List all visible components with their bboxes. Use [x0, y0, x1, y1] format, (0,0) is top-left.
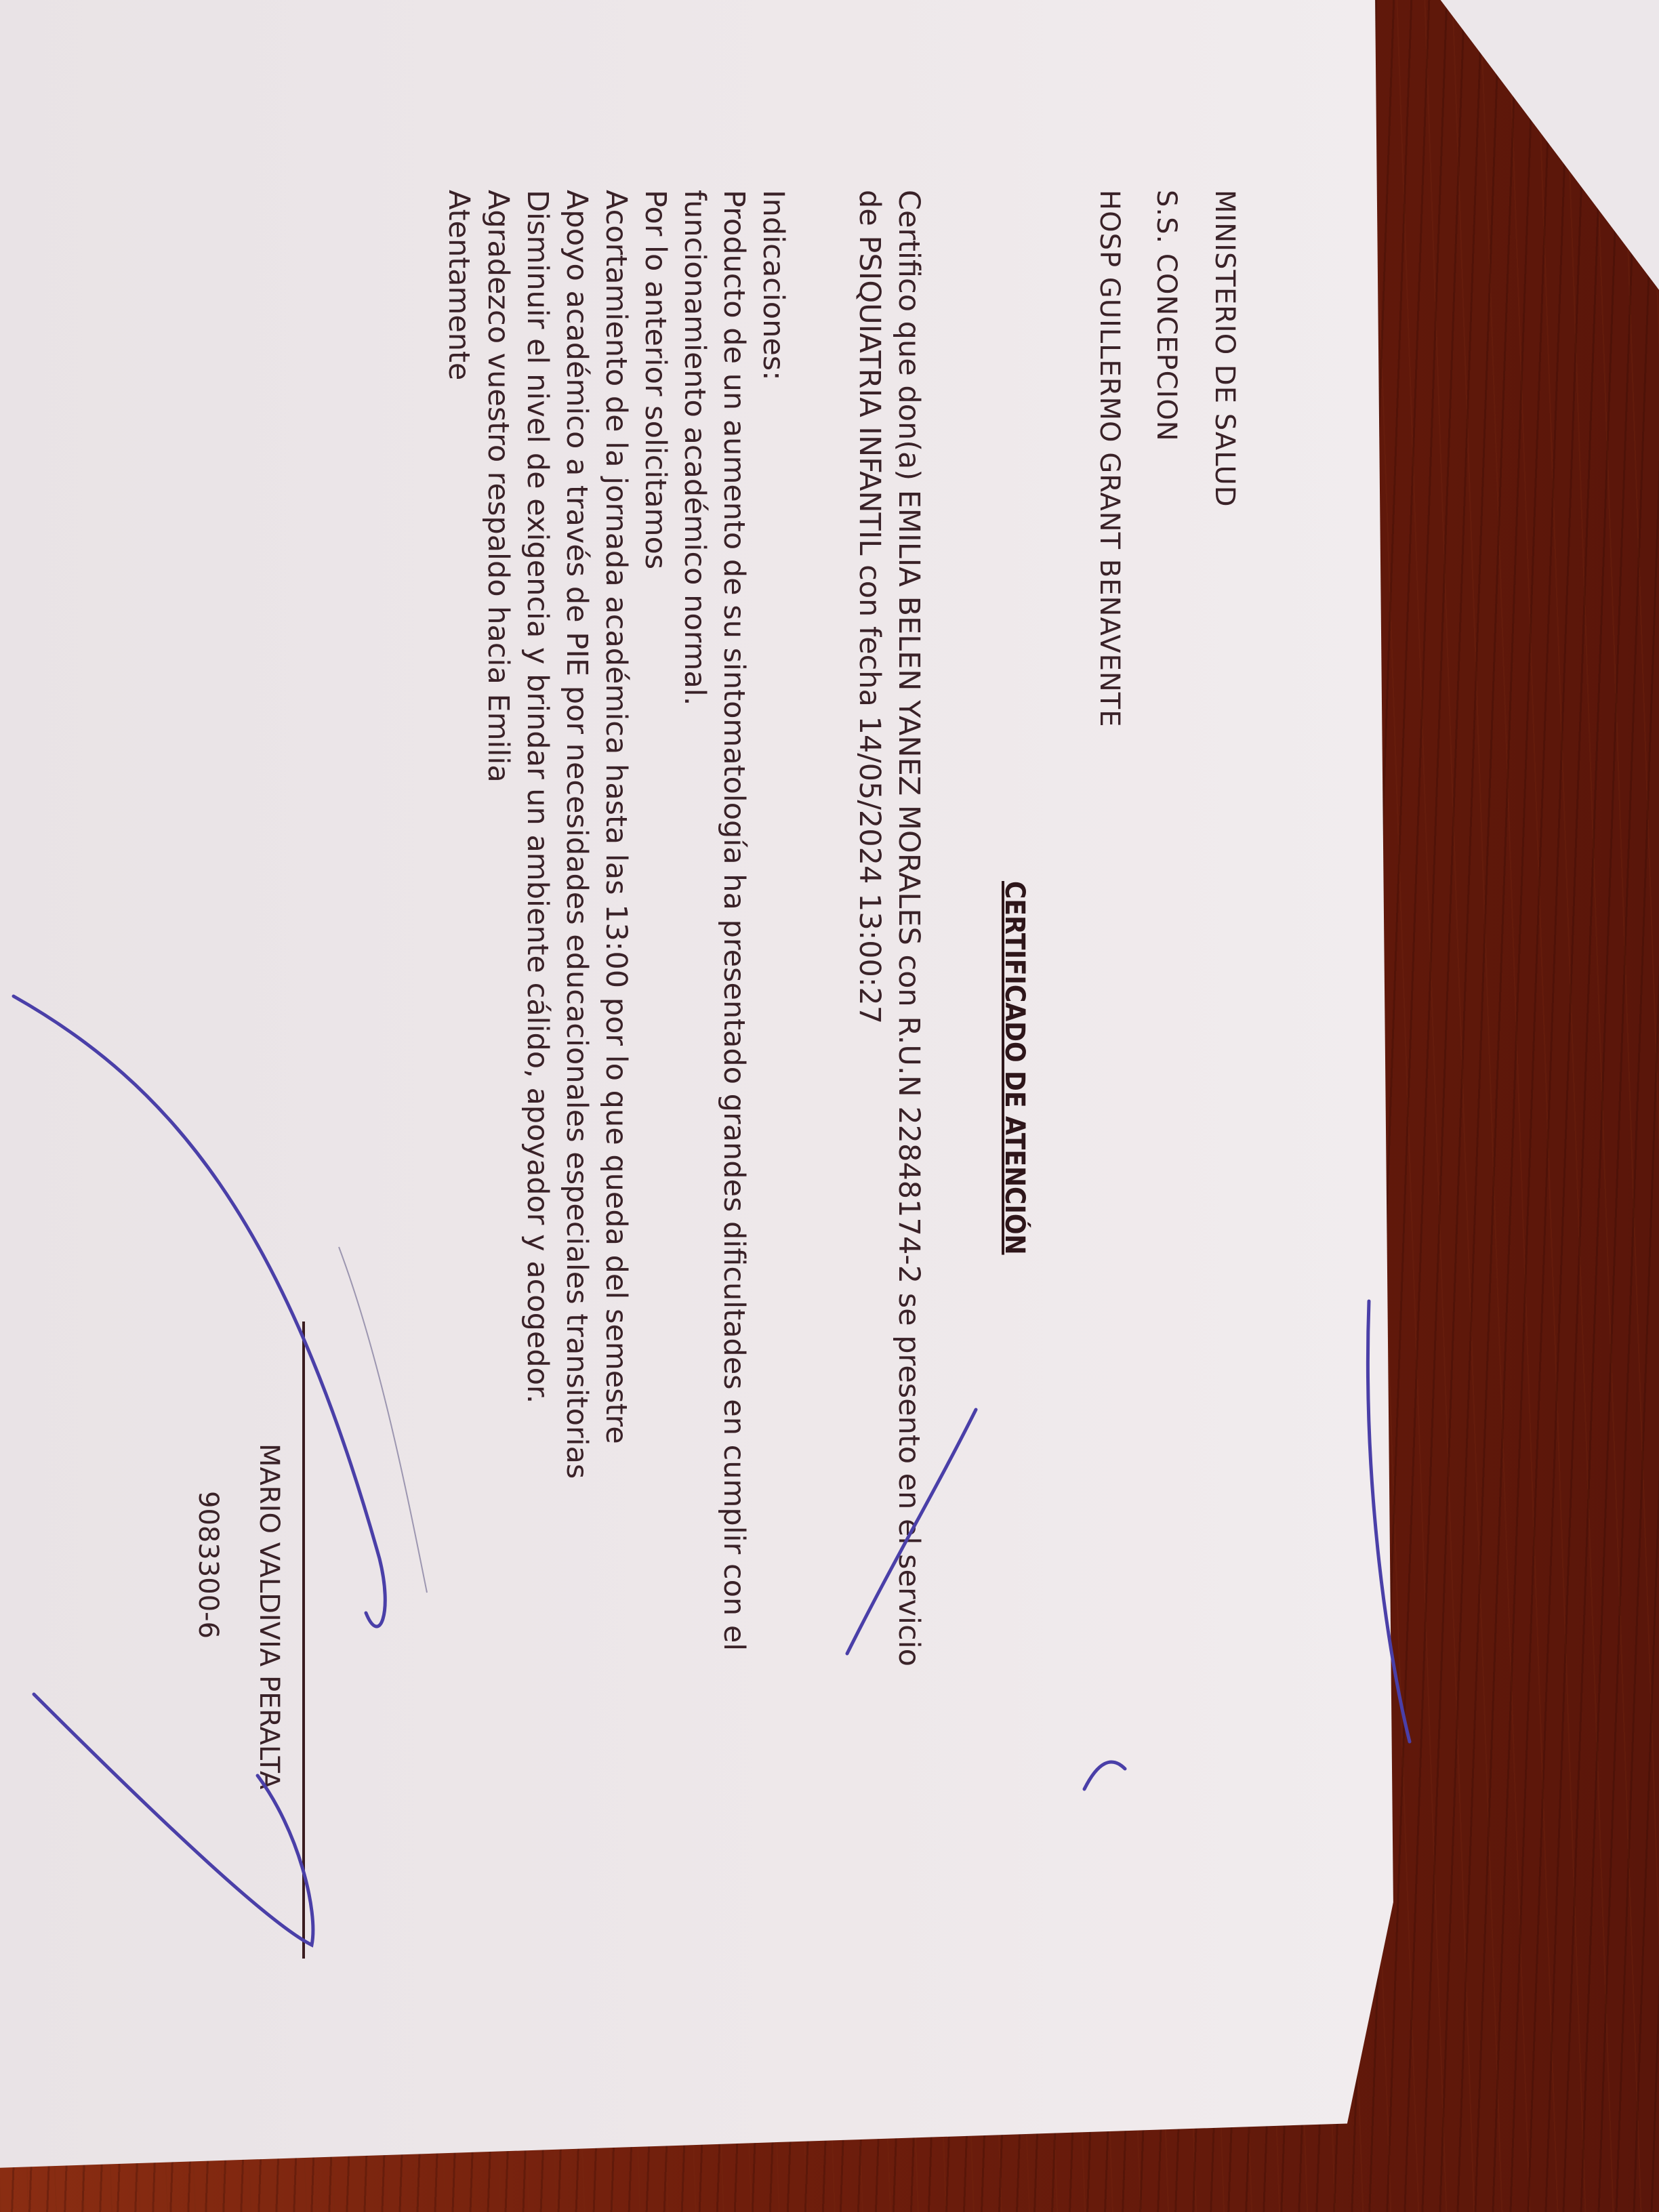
closing-salutation: Atentamente: [439, 190, 478, 1651]
signatory-name: MARIO VALDIVIA PERALTA: [253, 1443, 285, 1789]
indication-line: Acortamiento de la jornada académica has…: [596, 190, 636, 1651]
signatory-id: 9083300-6: [192, 1491, 224, 1639]
indication-line: Disminuir el nivel de exigencia y brinda…: [518, 190, 557, 1651]
certificate-content: MINISTERIO DE SALUD S.S. CONCEPCION HOSP…: [88, 169, 1240, 2135]
document-title: CERTIFICADO DE ATENCIÓN: [999, 881, 1030, 1255]
indication-line: Por lo anterior solicitamos: [636, 190, 675, 1651]
certificate-paper: MINISTERIO DE SALUD S.S. CONCEPCION HOSP…: [0, 0, 1396, 2212]
certification-line-1: Certifico que don(a) EMILIA BELEN YANEZ …: [889, 190, 928, 1666]
indications-heading: Indicaciones:: [754, 190, 793, 1651]
signature-line: [302, 1322, 305, 1959]
indication-line: Producto de un aumento de su sintomatolo…: [714, 190, 754, 1651]
header-ministry: MINISTERIO DE SALUD: [1209, 190, 1240, 508]
certification-paragraph: Certifico que don(a) EMILIA BELEN YANEZ …: [850, 190, 928, 1666]
indications-section: Indicaciones: Producto de un aumento de …: [439, 190, 793, 1651]
header-health-service: S.S. CONCEPCION: [1151, 190, 1182, 442]
certification-line-2: de PSIQUIATRIA INFANTIL con fecha 14/05/…: [850, 190, 889, 1666]
indication-line: Apoyo académico a través de PIE por nece…: [557, 190, 596, 1651]
indication-line: funcionamiento académico normal.: [675, 190, 714, 1651]
closing-thanks: Agradezco vuestro respaldo hacia Emilia: [478, 190, 518, 1651]
header-hospital: HOSP GUILLERMO GRANT BENAVENTE: [1094, 190, 1125, 728]
